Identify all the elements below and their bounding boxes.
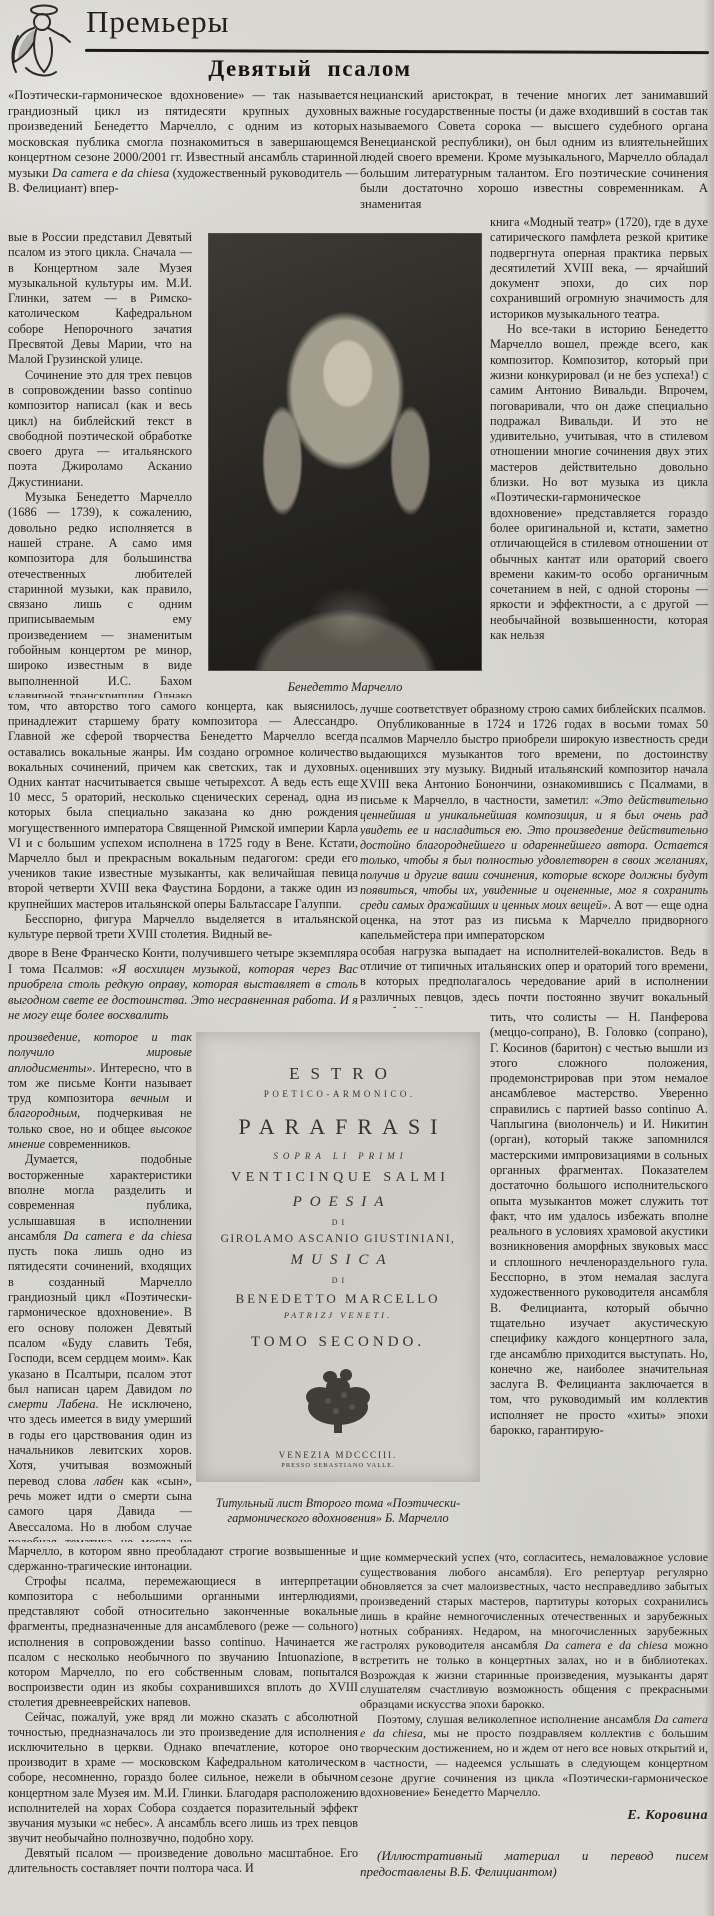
left-column-lower: произведение, которое и так получило мир…: [8, 1030, 192, 1542]
author-signature: Е. Коровина: [360, 1808, 708, 1824]
book-imprint-small: PRESSO SEBASTIANO VALLE.: [281, 1462, 395, 1469]
marcello-portrait-image: [208, 233, 482, 671]
left-wide-below-portrait: том, что авторство того самого концерта,…: [8, 699, 358, 944]
book-title-lines: ESTROPOETICO-ARMONICO.PARAFRASISOPRA LI …: [196, 1032, 480, 1351]
left-column-upper: вые в России представил Девятый псалом и…: [8, 230, 192, 698]
header-rule: [85, 49, 709, 54]
book-figure: ESTROPOETICO-ARMONICO.PARAFRASISOPRA LI …: [196, 1032, 480, 1526]
right-wide-below-portrait: лучше соответствует образному строю сами…: [360, 702, 708, 942]
left-wide-middle: дворе в Вене Франческо Конти, получившег…: [8, 946, 358, 1028]
book-imprint: VENEZIA MDCCCIII.: [279, 1450, 398, 1460]
book-caption: Титульный лист Второго тома «Поэтически-…: [186, 1496, 490, 1526]
newspaper-page: Премьеры Девятый псалом «Поэтически-гарм…: [0, 0, 714, 1916]
intro-paragraph: «Поэтически-гармоническое вдохновение» —…: [8, 88, 358, 230]
article-title: Девятый псалом: [140, 56, 480, 82]
book-title-page-image: ESTROPOETICO-ARMONICO.PARAFRASISOPRA LI …: [196, 1032, 480, 1482]
right-wide-middle: особая нагрузка выпадает на исполнителей…: [360, 944, 708, 1008]
right-column-upper: книга «Модный театр» (1720), где в духе …: [490, 215, 708, 701]
right-column-lower: тить, что солисты — Н. Панферова (меццо-…: [490, 1010, 708, 1542]
portrait-caption: Бенедетто Марчелло: [208, 680, 482, 695]
portrait-figure: Бенедетто Марчелло: [208, 233, 482, 695]
section-kicker: Премьеры: [86, 4, 230, 40]
left-wide-bottom: Марчелло, в котором явно преобладают стр…: [8, 1544, 358, 1916]
right-wide-bottom: щие коммерческий успех (что, согласитесь…: [360, 1550, 708, 1802]
engraving-vignette-icon: [278, 1361, 398, 1444]
angel-logo-icon: [4, 2, 76, 84]
right-wide-top: нецианский аристократ, в течение многих …: [360, 88, 708, 215]
credits-footnote: (Иллюстративный материал и перевод писем…: [360, 1848, 708, 1880]
